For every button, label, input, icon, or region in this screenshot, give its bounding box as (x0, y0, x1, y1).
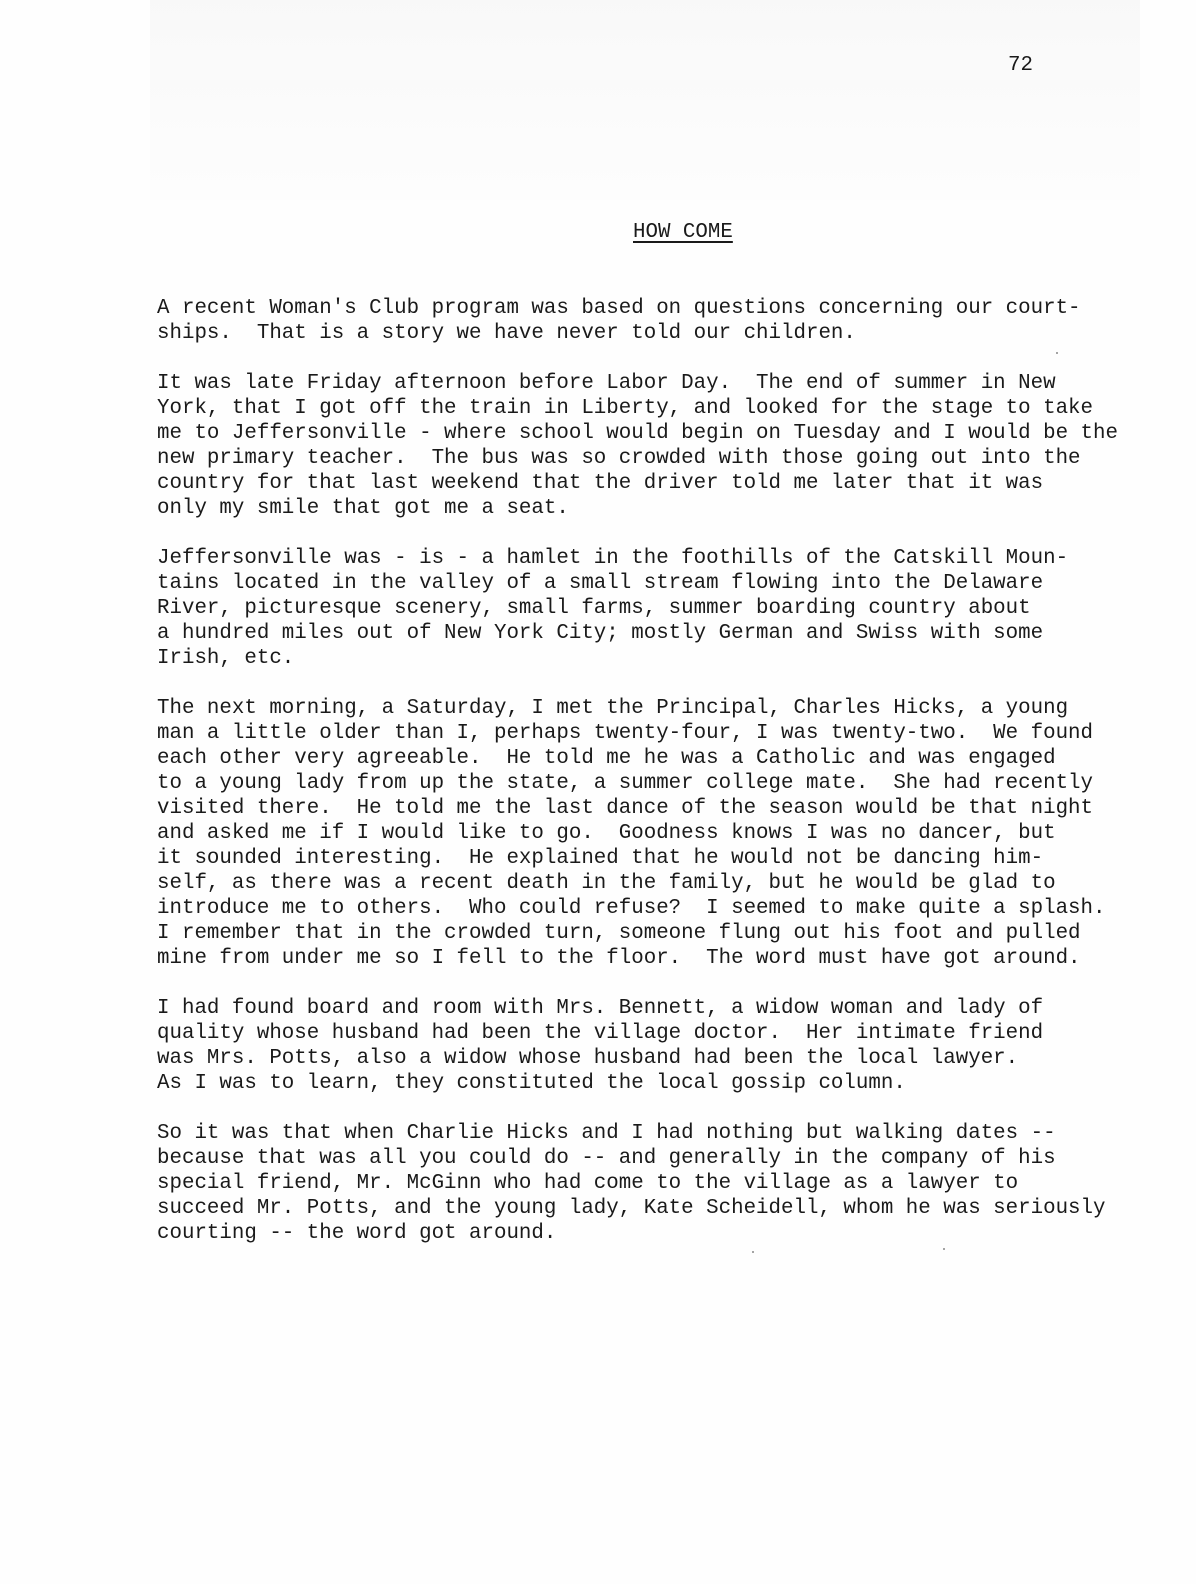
text-line: River, picturesque scenery, small farms,… (157, 596, 1157, 621)
paragraph: A recent Woman's Club program was based … (157, 296, 1157, 346)
text-line: courting -- the word got around. (157, 1221, 1157, 1246)
text-line: man a little older than I, perhaps twent… (157, 721, 1157, 746)
text-line: ships. That is a story we have never tol… (157, 321, 1157, 346)
text-line: Irish, etc. (157, 646, 1157, 671)
text-line: A recent Woman's Club program was based … (157, 296, 1157, 321)
page-number: 72 (1008, 53, 1033, 78)
text-line: So it was that when Charlie Hicks and I … (157, 1121, 1157, 1146)
scan-speck (1056, 352, 1058, 354)
paragraph: The next morning, a Saturday, I met the … (157, 696, 1157, 971)
text-line: only my smile that got me a seat. (157, 496, 1157, 521)
text-line: tains located in the valley of a small s… (157, 571, 1157, 596)
text-line: new primary teacher. The bus was so crow… (157, 446, 1157, 471)
text-line: to a young lady from up the state, a sum… (157, 771, 1157, 796)
paragraph: It was late Friday afternoon before Labo… (157, 371, 1157, 521)
text-line: each other very agreeable. He told me he… (157, 746, 1157, 771)
paragraph: Jeffersonville was - is - a hamlet in th… (157, 546, 1157, 671)
text-line: special friend, Mr. McGinn who had come … (157, 1171, 1157, 1196)
text-line: It was late Friday afternoon before Labo… (157, 371, 1157, 396)
text-line: because that was all you could do -- and… (157, 1146, 1157, 1171)
text-line: I remember that in the crowded turn, som… (157, 921, 1157, 946)
text-line: The next morning, a Saturday, I met the … (157, 696, 1157, 721)
text-line: introduce me to others. Who could refuse… (157, 896, 1157, 921)
text-line: I had found board and room with Mrs. Ben… (157, 996, 1157, 1021)
page-title: HOW COME (633, 220, 733, 245)
text-line: country for that last weekend that the d… (157, 471, 1157, 496)
text-line: was Mrs. Potts, also a widow whose husba… (157, 1046, 1157, 1071)
scan-shading (150, 0, 1140, 200)
text-line: a hundred miles out of New York City; mo… (157, 621, 1157, 646)
text-line: As I was to learn, they constituted the … (157, 1071, 1157, 1096)
scan-speck (943, 1248, 945, 1250)
body-text: A recent Woman's Club program was based … (157, 296, 1157, 1271)
text-line: York, that I got off the train in Libert… (157, 396, 1157, 421)
scan-speck (752, 1251, 754, 1253)
text-line: Jeffersonville was - is - a hamlet in th… (157, 546, 1157, 571)
text-line: succeed Mr. Potts, and the young lady, K… (157, 1196, 1157, 1221)
paragraph: I had found board and room with Mrs. Ben… (157, 996, 1157, 1096)
text-line: visited there. He told me the last dance… (157, 796, 1157, 821)
text-line: quality whose husband had been the villa… (157, 1021, 1157, 1046)
text-line: and asked me if I would like to go. Good… (157, 821, 1157, 846)
text-line: self, as there was a recent death in the… (157, 871, 1157, 896)
document-page: 72 HOW COME A recent Woman's Club progra… (0, 0, 1196, 1584)
text-line: mine from under me so I fell to the floo… (157, 946, 1157, 971)
text-line: me to Jeffersonville - where school woul… (157, 421, 1157, 446)
text-line: it sounded interesting. He explained tha… (157, 846, 1157, 871)
paragraph: So it was that when Charlie Hicks and I … (157, 1121, 1157, 1246)
